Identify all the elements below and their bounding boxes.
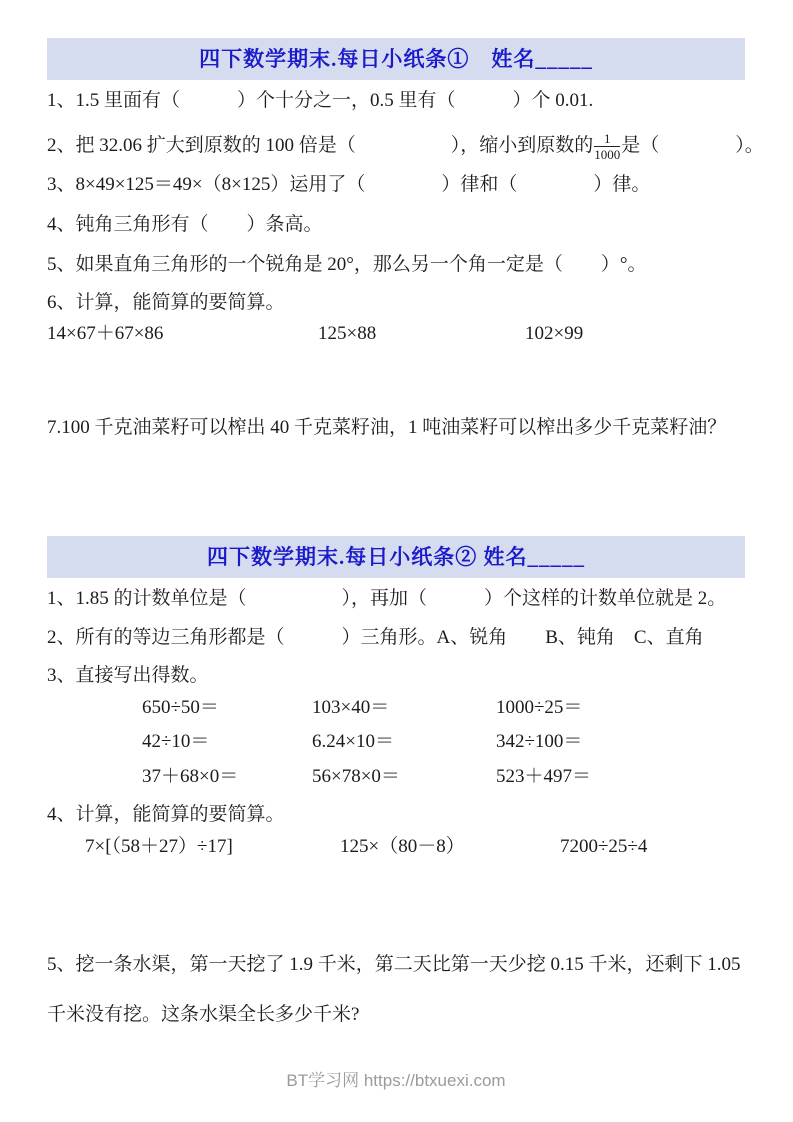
math-expression: 56×78×0＝ <box>312 764 496 790</box>
s2-question-5: 5、挖一条水渠，第一天挖了 1.9 千米，第二天比第一天少挖 0.15 千米，还… <box>47 940 745 1040</box>
math-expression: 103×40＝ <box>312 695 496 721</box>
fraction-numerator: 1 <box>594 131 620 147</box>
worksheet-content: 四下数学期末.每日小纸条① 姓名_____ 1、1.5 里面有（ ）个十分之一，… <box>0 0 793 1091</box>
s2-q4-expression-row: 7×[（58＋27）÷17] 125×（80－8） 7200÷25÷4 <box>85 834 745 860</box>
mental-math-row: 37＋68×0＝ 56×78×0＝ 523＋497＝ <box>142 764 745 790</box>
math-expression: 7×[（58＋27）÷17] <box>85 834 340 860</box>
s1-question-1: 1、1.5 里面有（ ）个十分之一，0.5 里有（ ）个 0.01. <box>47 88 745 114</box>
math-expression: 6.24×10＝ <box>312 729 496 755</box>
s2-question-3: 3、直接写出得数。 <box>47 663 745 689</box>
s1-q2-text-after: 是（ ）。 <box>621 133 764 159</box>
math-expression: 7200÷25÷4 <box>560 834 647 860</box>
worksheet-page: 四下数学期末.每日小纸条① 姓名_____ 1、1.5 里面有（ ）个十分之一，… <box>0 0 793 1122</box>
s2-question-2: 2、所有的等边三角形都是（ ）三角形。A、锐角 B、钝角 C、直角 <box>47 625 745 651</box>
s2-question-4: 4、计算，能简算的要简算。 <box>47 802 745 828</box>
math-expression: 42÷10＝ <box>142 729 312 755</box>
math-expression: 523＋497＝ <box>496 764 591 790</box>
s2-question-1: 1、1.85 的计数单位是（ ），再加（ ）个这样的计数单位就是 2。 <box>47 586 745 612</box>
section2-header-bar: 四下数学期末.每日小纸条② 姓名_____ <box>47 536 745 578</box>
s1-question-4: 4、钝角三角形有（ ）条高。 <box>47 212 745 238</box>
s1-question-6: 6、计算，能简算的要简算。 <box>47 290 745 316</box>
math-expression: 37＋68×0＝ <box>142 764 312 790</box>
s1-question-3: 3、8×49×125＝49×（8×125）运用了（ ）律和（ ）律。 <box>47 172 745 198</box>
fraction-1-over-1000: 1 1000 <box>594 131 620 162</box>
section2-title: 四下数学期末.每日小纸条② 姓名_____ <box>207 545 585 569</box>
mental-math-row: 42÷10＝ 6.24×10＝ 342÷100＝ <box>142 729 745 755</box>
watermark-footer: BT学习网 https://btxuexi.com <box>47 1066 745 1091</box>
s1-question-7: 7.100 千克油菜籽可以榨出 40 千克菜籽油，1 吨油菜籽可以榨出多少千克菜… <box>47 415 745 441</box>
fraction-denominator: 1000 <box>594 147 620 162</box>
s1-question-2: 2、把 32.06 扩大到原数的 100 倍是（ ），缩小到原数的 1 1000… <box>47 126 745 166</box>
math-expression: 14×67＋67×86 <box>47 321 318 347</box>
math-expression: 1000÷25＝ <box>496 695 582 721</box>
s1-question-5: 5、如果直角三角形的一个锐角是 20°，那么另一个角一定是（ ）°。 <box>47 252 745 278</box>
section1-title: 四下数学期末.每日小纸条① 姓名_____ <box>199 47 593 71</box>
math-expression: 342÷100＝ <box>496 729 582 755</box>
mental-math-row: 650÷50＝ 103×40＝ 1000÷25＝ <box>142 695 745 721</box>
math-expression: 650÷50＝ <box>142 695 312 721</box>
section1-header-bar: 四下数学期末.每日小纸条① 姓名_____ <box>47 38 745 80</box>
math-expression: 125×（80－8） <box>340 834 560 860</box>
s1-q6-expression-row: 14×67＋67×86 125×88 102×99 <box>47 321 745 347</box>
s1-q2-text-before: 2、把 32.06 扩大到原数的 100 倍是（ ），缩小到原数的 <box>47 133 593 159</box>
math-expression: 102×99 <box>525 321 583 347</box>
math-expression: 125×88 <box>318 321 525 347</box>
